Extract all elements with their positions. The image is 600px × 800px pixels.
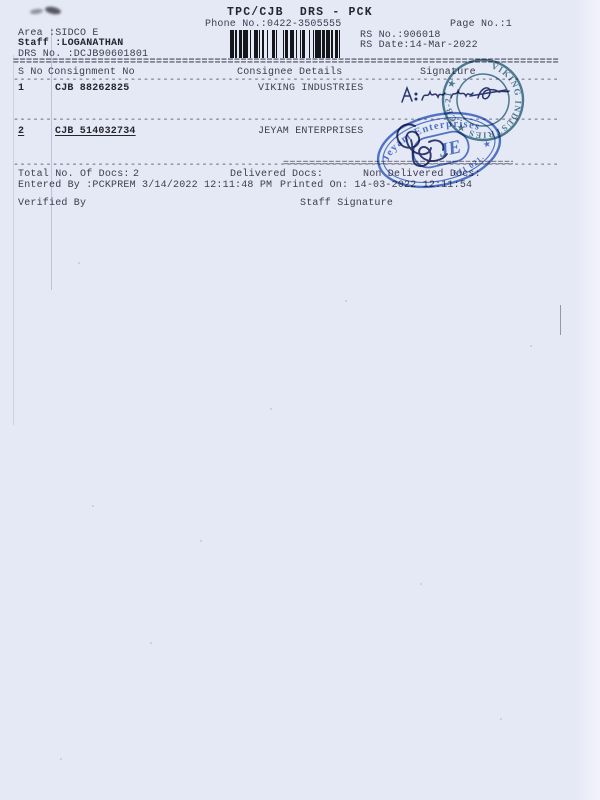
total-docs-value: 2: [133, 169, 139, 180]
scan-scratch: [560, 305, 561, 335]
rs-date-field: RS Date:14-Mar-2022: [360, 40, 478, 51]
doc-title: TPC/CJB DRS - PCK: [227, 7, 373, 18]
barcode: [230, 30, 358, 58]
staff-signature-label: Staff Signature: [300, 198, 393, 209]
ink-smudge: [44, 5, 61, 15]
verified-by-label: Verified By: [18, 198, 86, 209]
jeyam-stamp-star: ★: [482, 138, 492, 150]
phone-number: Phone No.:0422-3505555: [205, 19, 341, 30]
ink-smudge: [30, 8, 44, 15]
row-consignment: CJB 88262825: [55, 83, 129, 94]
row-consignment: CJB 514032734: [55, 126, 136, 137]
row-sno: 1: [18, 83, 24, 94]
fold-line: [13, 55, 14, 425]
scanned-drs-document: TPC/CJB DRS - PCK Phone No.:0422-3505555…: [0, 0, 600, 800]
staff-field: Staff :LOGANATHAN: [18, 38, 123, 49]
page-number: Page No.:1: [450, 19, 512, 30]
total-docs-label: Total No. Of Docs:: [18, 169, 130, 180]
delivered-docs-label: Delivered Docs:: [230, 169, 323, 180]
row-sno: 2: [18, 126, 24, 137]
entered-by-field: Entered By :PCKPREM 3/14/2022 12:11:48 P…: [18, 180, 272, 191]
row-consignee: VIKING INDUSTRIES: [258, 83, 363, 94]
row-consignee: JEYAM ENTERPRISES: [258, 126, 363, 137]
fold-line: [51, 28, 52, 290]
handwritten-signature: [385, 112, 470, 180]
handwritten-signature: [398, 80, 518, 112]
